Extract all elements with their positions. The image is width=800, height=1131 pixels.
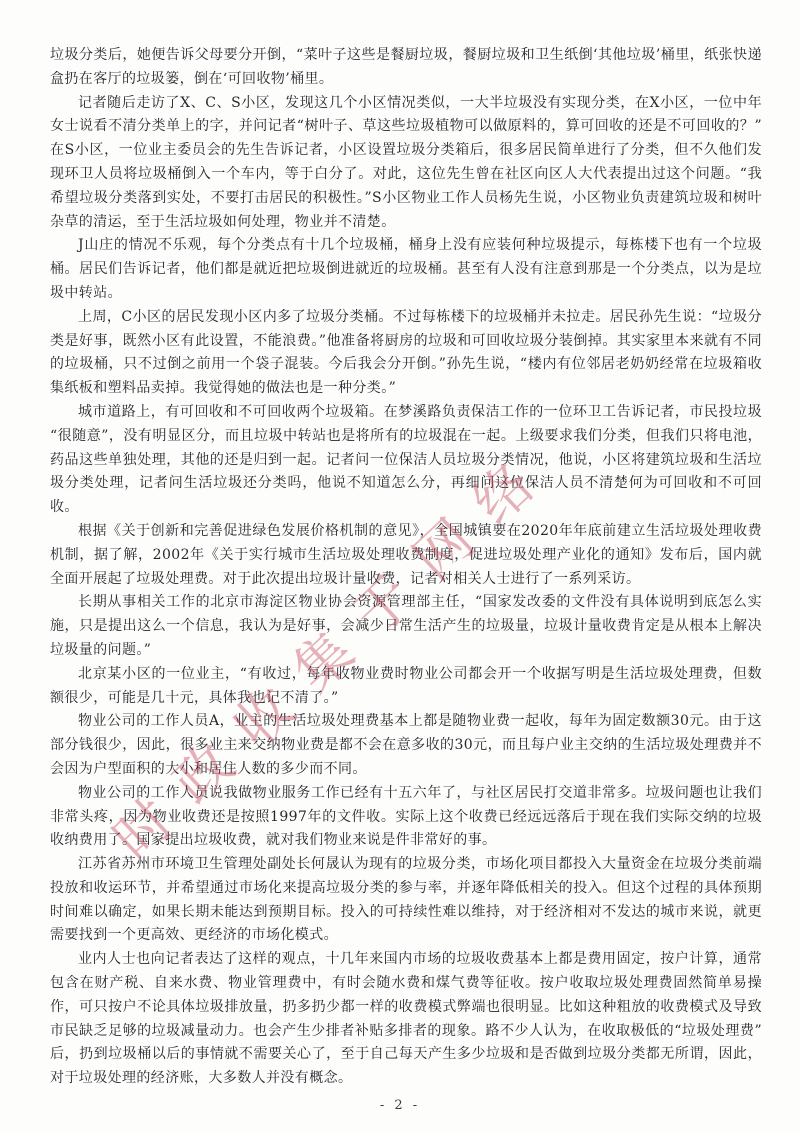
paragraph: 物业公司的工作人员A，业主的生活垃圾处理费基本上都是随物业费一起收，每年为固定数… (50, 710, 762, 781)
paragraph: 业内人士也向记者表达了这样的观点，十几年来国内市场的垃圾收费基本上都是费用固定，… (50, 948, 762, 1091)
paragraph: 上周，C小区的居民发现小区内多了垃圾分类桶。不过每栋楼下的垃圾桶并未拉走。居民孙… (50, 306, 762, 401)
paragraph: 记者随后走访了X、C、S小区，发现这几个小区情况类似，一大半垃圾没有实现分类，在… (50, 92, 762, 235)
paragraph: 根据《关于创新和完善促进绿色发展价格机制的意见》，全国城镇要在2020年年底前建… (50, 520, 762, 591)
paragraph: 北京某小区的一位业主，“有收过，每年收物业费时物业公司都会开一个收据写明是生活垃… (50, 663, 762, 711)
paragraph: 江苏省苏州市环境卫生管理处副处长何晟认为现有的垃圾分类，市场化项目都投入大量资金… (50, 853, 762, 948)
paragraph: J山庄的情况不乐观，每个分类点有十几个垃圾桶，桶身上没有应装何种垃圾提示，每栋楼… (50, 234, 762, 305)
page-footer: - 2 - (0, 1098, 800, 1113)
paragraph: 物业公司的工作人员说我做物业服务工作已经有十五六年了，与社区居民打交道非常多。垃… (50, 782, 762, 853)
page-number: - 2 - (380, 1098, 420, 1113)
document-body: 垃圾分类后，她便告诉父母要分开倒，“菜叶子这些是餐厨垃圾，餐厨垃圾和卫生纸倒‘其… (50, 44, 762, 1091)
paragraph: 垃圾分类后，她便告诉父母要分开倒，“菜叶子这些是餐厨垃圾，餐厨垃圾和卫生纸倒‘其… (50, 44, 762, 92)
paragraph: 城市道路上，有可回收和不可回收两个垃圾箱。在梦溪路负责保洁工作的一位环卫工告诉记… (50, 401, 762, 520)
document-page: 时政收集于网络 垃圾分类后，她便告诉父母要分开倒，“菜叶子这些是餐厨垃圾，餐厨垃… (0, 0, 800, 1131)
paragraph: 长期从事相关工作的北京市海淀区物业协会资源管理部主任，“国家发改委的文件没有具体… (50, 591, 762, 662)
